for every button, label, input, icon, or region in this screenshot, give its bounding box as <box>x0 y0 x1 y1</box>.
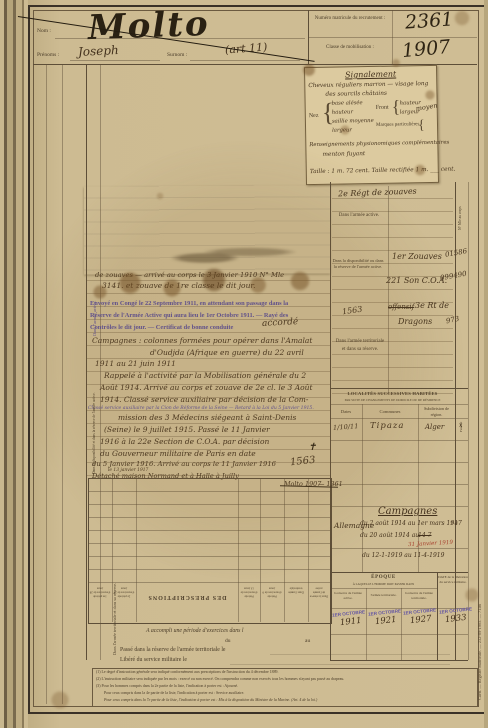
classe-value: 1907 <box>401 36 451 62</box>
campagnes-line2: du 20 août 1914 au <box>360 532 419 539</box>
epoque-head-rule <box>330 588 437 589</box>
margin-label-disponibilite: Dans la disponibilité et dans la réserve… <box>92 364 96 474</box>
passe-reserve-line: Passé dans la réserve de l'armée territo… <box>120 647 226 653</box>
localites-v1 <box>362 404 363 572</box>
affectation-entry: Dragons <box>398 317 432 326</box>
epoque-title: ÉPOQUE <box>330 575 437 580</box>
margin-label-armee-active: Dans l'armée active. <box>92 266 97 336</box>
service-line: mission des 3 Médecins siégeant à Saint-… <box>118 413 296 422</box>
service-line: du Gouverneur militaire de Paris en date <box>100 449 256 458</box>
periods-h3 <box>88 517 330 518</box>
affectation-entry: 3e Rt de <box>415 301 449 310</box>
localites-col-dates: Dates <box>330 409 362 414</box>
service-line: du 5 Janvier 1916. Arrivé au corps le 11… <box>92 460 276 468</box>
periods-h4 <box>88 530 330 531</box>
footnote-line: Pour ceux compris dans la 7e partie de l… <box>104 698 317 702</box>
accompli-line: A accompli une période d'exercices dans … <box>146 628 244 634</box>
campagnes-line2-struck: 14-7 <box>418 532 431 539</box>
localites-row-subdiv: Alger <box>425 423 444 431</box>
stamp-line: Contrôles le dit jour. — Certificat de b… <box>90 324 233 331</box>
epoque-bottom-rule <box>330 660 468 661</box>
periods-h5 <box>88 543 330 544</box>
affectation-entry: 221 Son C.O.A. <box>386 276 447 285</box>
renseignements-line1: Renseignements physionomiques complément… <box>309 140 449 148</box>
epoque-date-label: DATE de la libération du service militai… <box>438 575 468 585</box>
epoque-v3 <box>437 572 438 660</box>
localites-row-mark: x <box>459 422 462 429</box>
campagnes-line3: du 12-1-1919 au 11-4-1919 <box>362 552 444 559</box>
stamp-line: Envoyé en Congé le 22 Septembre 1911, en… <box>90 300 288 307</box>
signalement-title: Signalement <box>305 69 436 80</box>
campagnes-line1-note: 7-4 <box>450 521 458 527</box>
header-box-divider-h <box>308 37 477 38</box>
epoque-v2 <box>401 588 402 660</box>
margin-label-territoriale: Dans l'armée territoriale et dans sa rés… <box>112 555 117 655</box>
localites-row-rule5 <box>330 548 468 549</box>
periods-v2 <box>136 478 137 622</box>
taille-line: Taille : 1 m. 72 cent. Taille rectifiée … <box>310 167 456 176</box>
surnom-label: Surnom : <box>167 52 187 58</box>
nez-saillie: saillie moyenne <box>332 118 374 125</box>
service-line: Rappelé à l'activité par la Mobilisation… <box>104 371 306 380</box>
marques-brace: { <box>418 118 425 134</box>
periods-v4 <box>260 478 261 622</box>
signalement-panel: Signalement Cheveux réguliers marron — v… <box>304 65 439 185</box>
periods-col-header: Période d'exercices de 9 jours <box>261 586 283 597</box>
front-label: Front <box>376 105 389 111</box>
epoque-subtitle: À LAQUELLE L'HOMME DOIT PASSER DANS <box>330 582 437 586</box>
center-left-rule <box>86 64 87 660</box>
row-name: Molto <box>284 480 303 488</box>
book-edge-strips <box>0 0 28 728</box>
signalement-cheveux: Cheveux réguliers marron — visage long <box>308 81 428 89</box>
epoque-col1: la réserve de l'armée active. <box>330 591 366 601</box>
au-label: au <box>305 638 310 644</box>
service-line: 1914. Classé service auxiliaire par déci… <box>100 395 308 404</box>
nez-largeur: largeur <box>332 127 352 133</box>
struck-word: offensif <box>388 303 414 311</box>
periods-h1 <box>88 491 330 492</box>
epoque-top-rule <box>330 572 468 573</box>
periods-h8 <box>88 582 330 583</box>
epoque-row-rule <box>330 634 468 635</box>
periods-v6 <box>308 478 309 622</box>
prenoms-ruled-line <box>70 60 160 61</box>
nez-label: Nez <box>309 113 319 119</box>
prenoms-label: Prénoms : <box>37 52 59 58</box>
service-line: Campagnes : colonnes formées pour opérer… <box>92 336 312 345</box>
periods-col-header: Dans l'armée territoriale <box>285 586 307 594</box>
epoque-v1 <box>366 588 367 660</box>
service-line: 3141. et zouave de 1re classe le dit jou… <box>102 281 256 290</box>
footnote-line: (3) Pour les hommes compris dans la 2e p… <box>96 684 238 688</box>
periods-col-header: 1re période d'exercices de 28 jours <box>89 586 111 597</box>
footnote-line: Pour ceux compris dans la 4e partie de l… <box>104 691 244 695</box>
renseignements-line2: menton fuyant <box>322 151 365 158</box>
rightcol-label-divider <box>388 186 389 394</box>
service-line: de zouaves — arrivé au corps le 3 Janvie… <box>95 271 284 279</box>
localites-row-rule1 <box>330 440 468 441</box>
nom-label: Nom : <box>37 28 51 34</box>
localites-title: LOCALITÉS SUCCESSIVES HABITÉES <box>330 391 455 396</box>
passe-dots <box>270 654 450 655</box>
label-disponibilite: Dans la disponibilité ou dans la réserve… <box>332 258 384 271</box>
printer-imprint: Caen. — Registre matricule. — 232-89-190… <box>477 400 482 700</box>
localites-row-rule3 <box>330 484 468 485</box>
matricule-value: 2361 <box>404 8 454 33</box>
surnom-ruled-line <box>190 60 300 61</box>
register-page-scan: Nom : Molto Prénoms : Joseph Surnom : (a… <box>0 0 488 728</box>
nez-hauteur: hauteur <box>332 109 353 115</box>
service-line: d'Oudjda (Afrique en guerre) du 22 avril <box>150 348 304 357</box>
service-line: Août 1914. Arrivé au corps et zouave de … <box>100 383 312 392</box>
interline-note: Classé service auxiliaire par la Cion de… <box>88 406 314 411</box>
service-line: 1916 à la 22e Section de C.O.A. par déci… <box>100 437 269 446</box>
periods-h2 <box>88 504 330 505</box>
classe-label: Classe de mobilisation : <box>311 44 389 52</box>
affectation-entry: 1er Zouaves <box>392 252 442 261</box>
campagnes-line1: du 2 août 1914 au 1er mars 1917 <box>360 520 462 527</box>
pasted-paper <box>84 185 330 274</box>
matricule-label: Numéro matricule du recrutement : <box>311 15 389 23</box>
localites-head-bottom <box>330 418 468 419</box>
periods-v5 <box>284 478 285 622</box>
service-line: 1911 au 21 juin 1911 <box>95 359 176 368</box>
label-territoriale: Dans l'armée territoriale et dans sa rés… <box>334 338 386 353</box>
label-armee-active: Dans l'armée active. <box>333 212 385 220</box>
epoque-col2: l'armée territoriale. <box>366 593 401 598</box>
periods-v3 <box>238 478 239 622</box>
periods-table-frame <box>88 478 332 624</box>
cross-mark: ✝ <box>308 442 316 453</box>
periods-center-label: DES PRESCRIPTIONS <box>140 594 234 600</box>
footnote-line: (2) L'instruction militaire sera indiqué… <box>96 677 344 681</box>
numcol-vertical-header: N° Mle au corps <box>458 186 462 230</box>
campagnes-title: Campagnes <box>378 506 437 517</box>
localites-col-subdiv: Subdivision de région. <box>418 406 455 418</box>
nez-base: base alésée <box>332 100 363 107</box>
footnote-line: (1) Le degré d'instruction générale sera… <box>96 670 278 674</box>
du-label: du <box>225 638 231 644</box>
periods-col-header: Dans la réserve de l'armée active <box>309 586 329 597</box>
localites-row-commune: Tipaza <box>370 421 404 431</box>
libere-line: Libéré du service militaire le <box>120 657 187 663</box>
service-line: (Seine) le 9 juillet 1915. Passé le 11 J… <box>104 425 270 434</box>
stamp-line: Réserve de l'Armée Active qui aura lieu … <box>90 312 288 319</box>
accorde-note: accordé <box>262 317 299 329</box>
periods-h6 <box>88 556 330 557</box>
localites-col-communes: Communes <box>362 409 418 414</box>
periods-h7 <box>88 569 330 570</box>
signalement-sourcils: des sourcils châtains <box>325 91 387 98</box>
localites-top-rule <box>330 388 468 389</box>
marques-label: Marques particulières <box>376 121 420 129</box>
epoque-col3: la réserve de l'armée territoriale. <box>401 591 437 601</box>
numcol-right <box>468 182 469 660</box>
firstname-script: Joseph <box>78 43 119 59</box>
periods-col-header: Période d'exercices de 13 jours <box>239 586 259 597</box>
localites-head-rule <box>330 404 468 405</box>
scan-right-edge <box>484 0 488 728</box>
localites-subtitle: PAR SUITE DE CHANGEMENTS DE DOMICILE OU … <box>330 398 455 402</box>
localites-row-rule2 <box>330 462 468 463</box>
libere-dots <box>230 664 450 665</box>
